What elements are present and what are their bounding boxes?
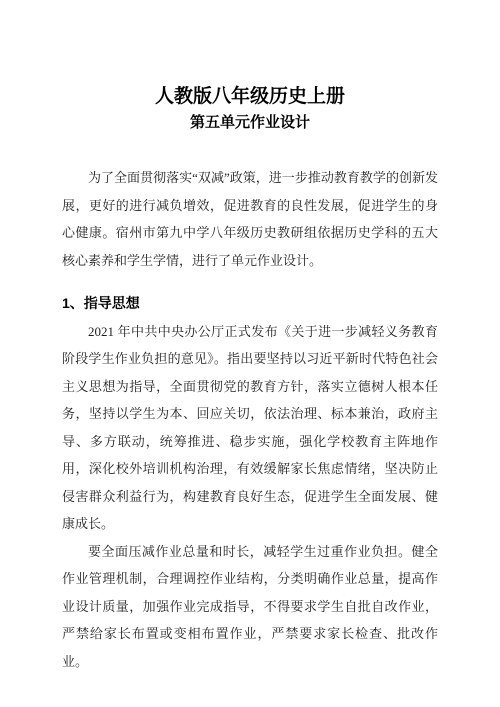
intro-paragraph: 为了全面贯彻落实“双减”政策，进一步推动教育教学的创新发展，更好的进行减负增效，… [62,164,438,274]
section-1-paragraph-2: 要全面压减作业总量和时长，减轻学生过重作业负担。健全作业管理机制，合理调控作业结… [62,538,438,676]
document-subtitle: 第五单元作业设计 [62,114,438,132]
document-page: 人教版八年级历史上册 第五单元作业设计 为了全面贯彻落实“双减”政策，进一步推动… [0,0,500,707]
section-1-paragraph-1: 2021 年中共中央办公厅正式发布《关于进一步减轻义务教育阶段学生作业负担的意见… [62,318,438,538]
document-body: 为了全面贯彻落实“双减”政策，进一步推动教育教学的创新发展，更好的进行减负增效，… [62,164,438,675]
section-1-heading: 1、指导思想 [62,290,438,318]
document-title: 人教版八年级历史上册 [62,86,438,108]
